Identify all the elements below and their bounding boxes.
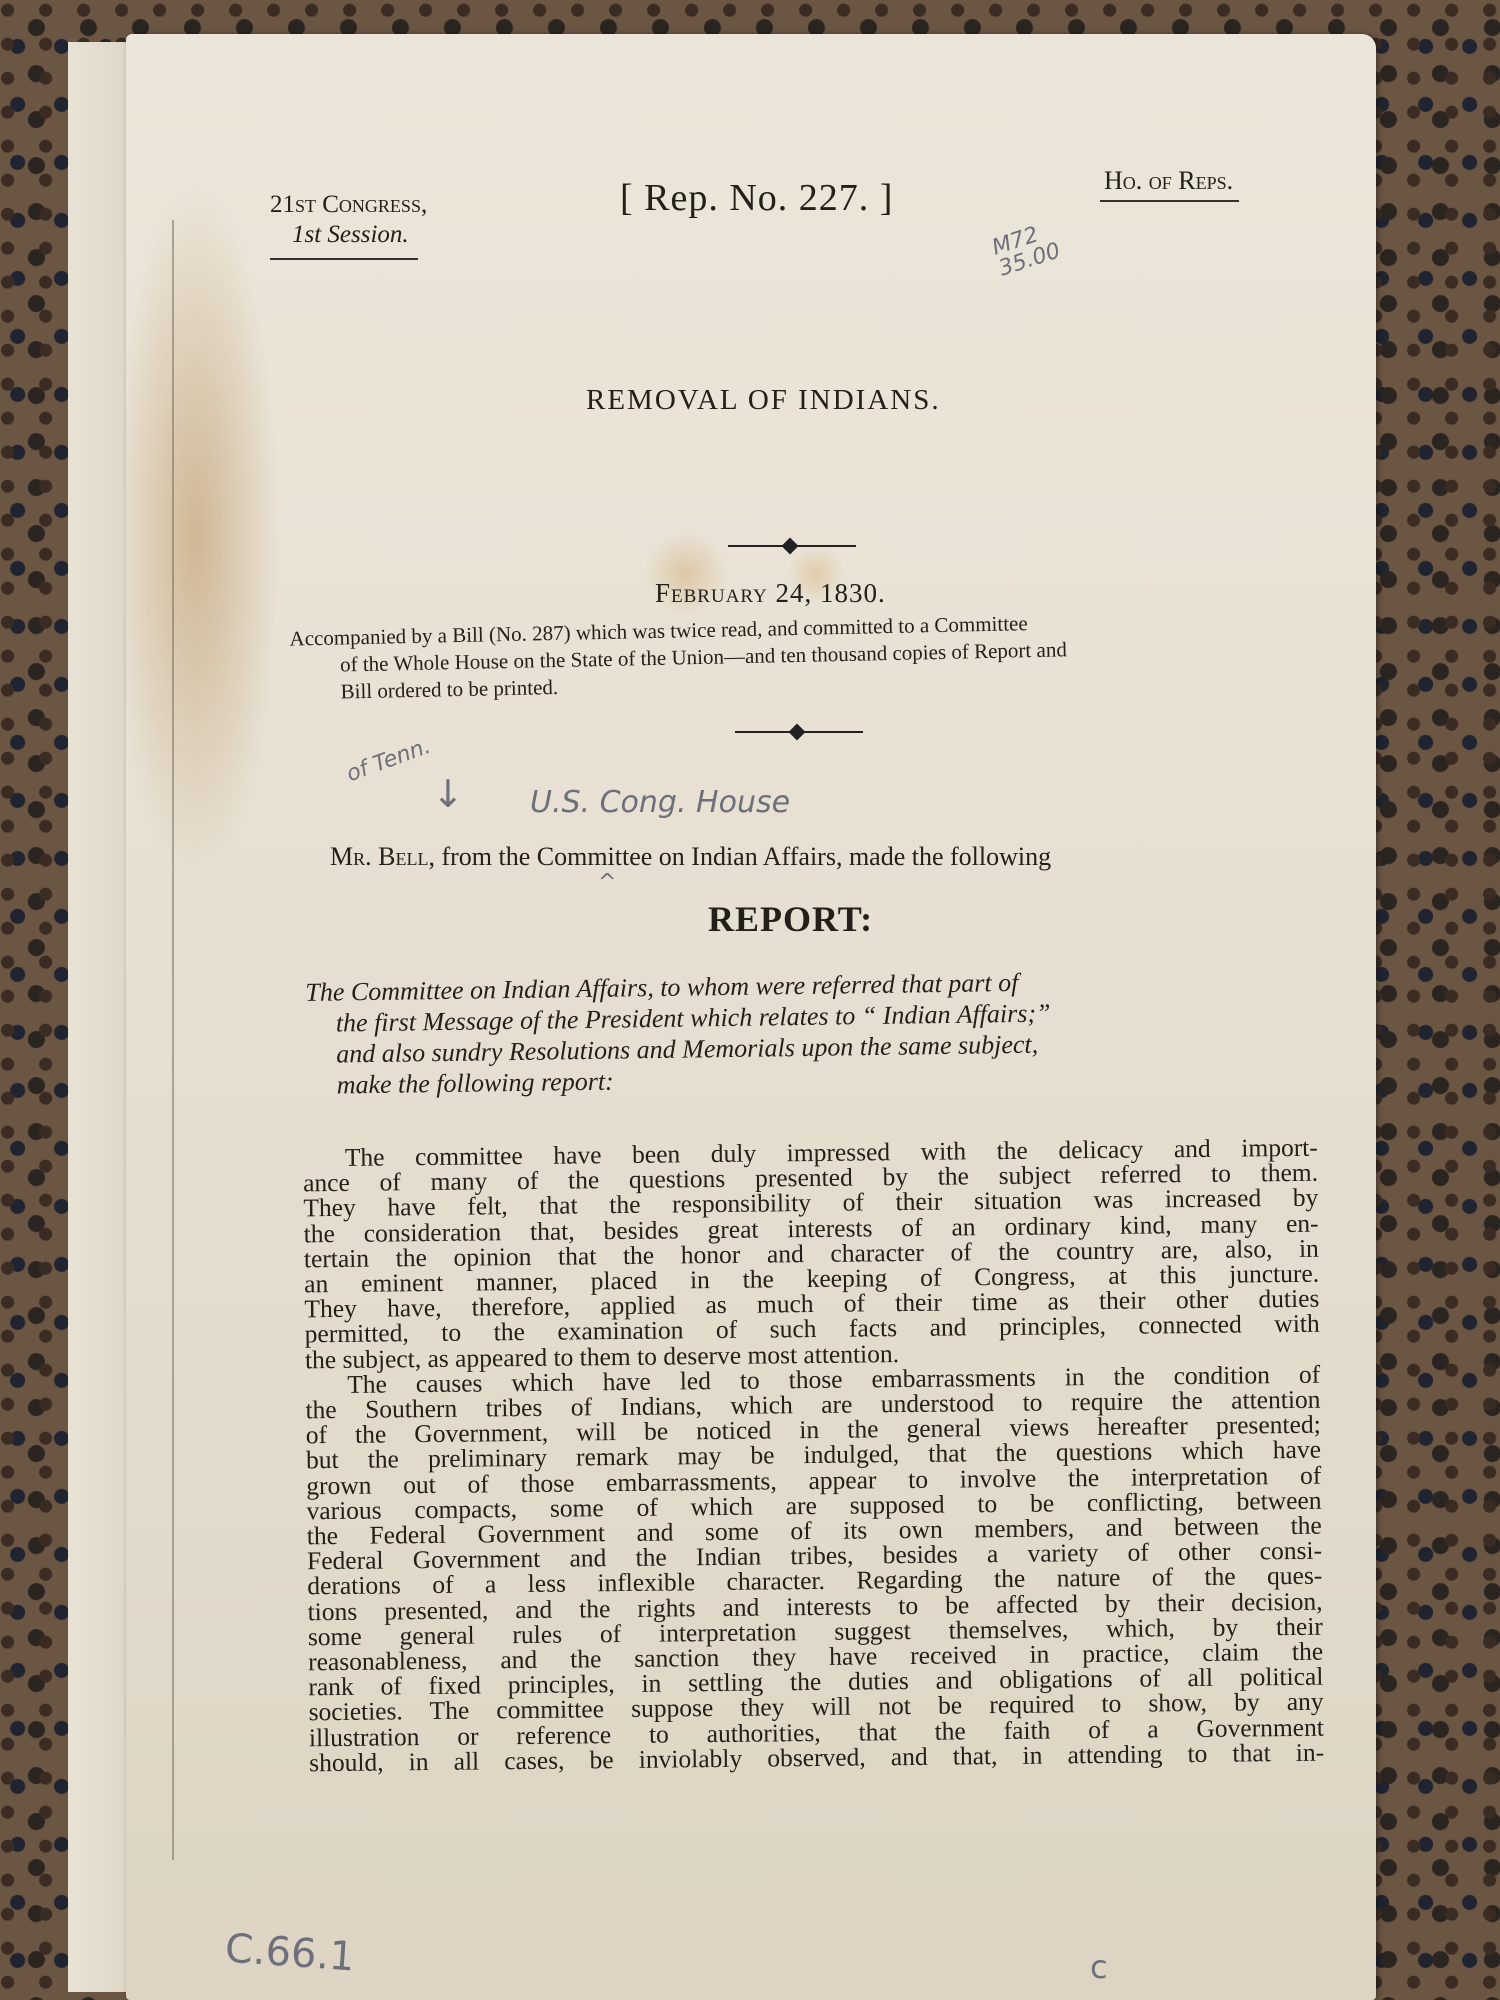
handwritten-corner-mark: c (1090, 1948, 1108, 1986)
byline-rest: from the Committee on Indian Affairs, ma… (435, 842, 1051, 871)
handwritten-us-cong-house: U.S. Cong. House (530, 785, 790, 820)
handwritten-caret-icon: ^ (598, 870, 616, 895)
report-body: The committee have been duly impressed w… (303, 1135, 1325, 1776)
report-heading: REPORT: (708, 898, 873, 940)
body-paragraph-1: The committee have been duly impressed w… (303, 1135, 1320, 1372)
body-paragraph-2: The causes which have led to those embar… (305, 1362, 1324, 1776)
congress-label: 21st Congress, (270, 190, 427, 220)
document-date: February 24, 1830. (655, 578, 886, 609)
house-label: Ho. of Reps. (1100, 166, 1239, 202)
byline: Mr. Bell, from the Committee on Indian A… (330, 842, 1051, 872)
ornament-divider (728, 545, 856, 547)
binding-thread (172, 220, 174, 1860)
byline-name: Mr. Bell, (330, 842, 435, 871)
ornament-divider (735, 731, 863, 733)
document-title: REMOVAL OF INDIANS. (586, 384, 941, 417)
congress-session-header: 21st Congress, 1st Session. (270, 190, 427, 260)
intro-paragraph: The Committee on Indian Affairs, to whom… (305, 963, 1297, 1101)
handwritten-catalog-number: C.66.1 (224, 1926, 357, 1981)
header-rule (270, 258, 418, 260)
session-label: 1st Session. (270, 220, 427, 250)
handwritten-arrow-icon: ↓ (432, 772, 464, 816)
report-number: [ Rep. No. 227. ] (620, 176, 893, 220)
